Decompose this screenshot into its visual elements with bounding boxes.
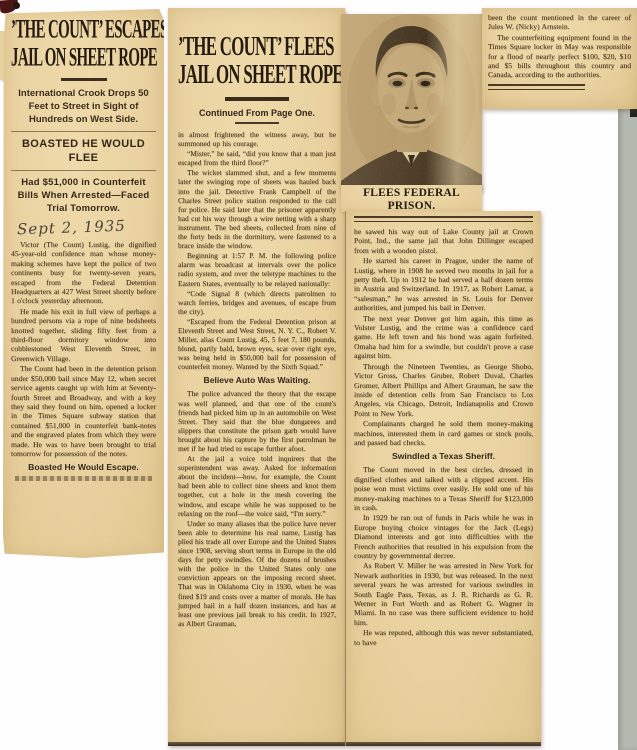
headline-text: ’THE COUNT’ FLEES <box>178 32 334 63</box>
middle-newspaper-clipping: ’THE COUNT’ FLEES JAIL ON SHEET ROPE Con… <box>168 8 345 746</box>
paragraph: “Escaped from the Federal Detention pris… <box>178 317 336 372</box>
divider-rule <box>11 131 156 132</box>
article-body: The Count moved in the best circles, dre… <box>354 465 533 647</box>
headline-text: JAIL ON SHEET ROPE <box>178 60 343 91</box>
paragraph: “Code Signal 8 (which directs patrolmen … <box>178 289 336 316</box>
corner-ink-dot <box>13 2 20 9</box>
article-body: Victor (The Count) Lustig, the dignified… <box>11 240 156 458</box>
paragraph: been the count mentioned in the career o… <box>488 13 631 32</box>
article-body: been the count mentioned in the career o… <box>488 13 631 80</box>
scanned-newspaper-page: { "left_clipping": { "headline": ["’THE … <box>0 0 637 750</box>
paragraph: Complainants charged he sold them money-… <box>354 419 533 447</box>
paragraph: Victor (The Count) Lustig, the dignified… <box>11 240 156 306</box>
headline-line: JAIL ON SHEET ROPE <box>11 43 156 71</box>
counterfeit-banner: Had $51,000 in Counterfeit Bills When Ar… <box>11 176 156 215</box>
paragraph: Through the Nineteen Twenties, as George… <box>354 362 533 418</box>
photo-caption-strip: FLEES FEDERAL PRISON. Victor (The Count)… <box>341 185 482 212</box>
article-body: in almost frightened the witness away, b… <box>178 130 336 371</box>
paragraph: He was reputed, although this was never … <box>354 628 533 647</box>
portrait-photo-clipping <box>341 14 482 191</box>
paragraph: Under so many aliases that the police ha… <box>178 519 336 628</box>
headline-text: JAIL ON SHEET ROPE <box>11 43 157 73</box>
lustig-portrait-photo <box>341 14 482 191</box>
photo-caption-title: FLEES FEDERAL PRISON. <box>343 187 480 212</box>
headline-line: ’THE COUNT’ FLEES <box>178 32 336 60</box>
section-subhead: Swindled a Texas Sheriff. <box>354 451 533 462</box>
caption-divider-rule <box>354 216 533 222</box>
scanner-background-strip <box>618 100 637 750</box>
paragraph: he sawed his way out of Lake County jail… <box>354 227 533 255</box>
flee-banner: BOASTED HE WOULD FLEE <box>11 137 156 165</box>
paragraph: The counterfeiting equipment found in th… <box>488 33 631 80</box>
headline-line: JAIL ON SHEET ROPE <box>178 60 336 88</box>
paragraph: At the jail a voice told inquirers that … <box>178 454 336 518</box>
left-newspaper-clipping: ’THE COUNT’ ESCAPES JAIL ON SHEET ROPE I… <box>3 9 164 558</box>
inline-subhead: Boasted He Would Escape. <box>11 462 156 473</box>
deck-subheadline: International Crook Drops 50 Feet to Str… <box>12 87 155 126</box>
paragraph: As Robert V. Miller he was arrested in N… <box>354 561 533 627</box>
headline-line: ’THE COUNT’ ESCAPES <box>11 15 156 43</box>
headline-rule <box>225 97 289 101</box>
divider-rule <box>11 170 156 171</box>
headline-ornament-rule <box>61 78 107 81</box>
paragraph: in almost frightened the witness away, b… <box>178 130 336 148</box>
paragraph: The wicket slammed shut, and a few momen… <box>178 168 336 250</box>
right-newspaper-column: he sawed his way out of Lake County jail… <box>345 211 541 746</box>
article-body: The police advanced the theory that the … <box>178 389 336 627</box>
paragraph: He started his career in Prague, under t… <box>354 256 533 312</box>
paragraph: The police advanced the theory that the … <box>178 389 336 453</box>
paragraph: The next year Denver got him again, this… <box>354 314 533 361</box>
paragraph: “Mister,” he said, “did you know that a … <box>178 149 336 167</box>
divider-rule <box>235 122 279 124</box>
handwritten-date: Sept 2, 1935 <box>17 216 157 239</box>
top-right-text-scrap: been the count mentioned in the career o… <box>482 8 637 109</box>
end-rule <box>488 84 585 90</box>
paragraph: He made his exit in full view of perhaps… <box>11 307 156 363</box>
paragraph: Beginning at 1:57 P. M. the following po… <box>178 251 336 287</box>
section-subhead: Believe Auto Was Waiting. <box>178 375 336 386</box>
torn-text-smudge <box>15 476 151 481</box>
continued-note: Continued From Page One. <box>178 108 336 119</box>
headline-text: ’THE COUNT’ ESCAPES <box>11 15 164 45</box>
paragraph: The Count moved in the best circles, dre… <box>354 465 533 512</box>
paragraph: In 1929 he ran out of funds in Paris whi… <box>354 513 533 560</box>
article-body: he sawed his way out of Lake County jail… <box>354 227 533 447</box>
paragraph: The Count had been in the detention pris… <box>11 364 156 458</box>
